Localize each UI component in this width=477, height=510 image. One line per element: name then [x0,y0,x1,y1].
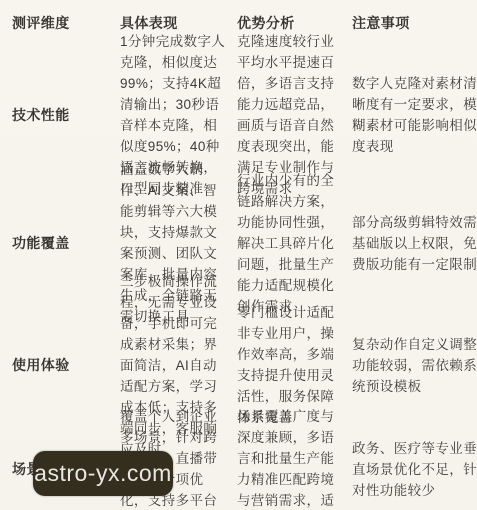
watermark-text: astro-yx.com [34,460,172,487]
cell-scene-adaptation-caution: 政务、医疗等专业垂直场景优化不足，针对性功能较少 [352,428,477,510]
row-label-feature-coverage: 功能覆盖 [12,184,120,302]
comparison-table: 测评维度 具体表现 优势分析 注意事项 技术性能 1分钟完成数字人克隆，相似度达… [0,0,477,510]
cell-feature-coverage-advantage: 行业内少有的全链路解决方案，功能协同性强，解决工具碎片化问题，批量生产能力适配规… [237,184,352,302]
row-label-technical-performance: 技术性能 [12,46,120,184]
row-label-user-experience: 使用体验 [12,302,120,428]
cell-technical-performance-caution: 数字人克隆对素材清晰度有一定要求，模糊素材可能影响相似度表现 [352,46,477,184]
cell-scene-adaptation-advantage: 场景覆盖广度与深度兼顾，多语言和批量生产能力精准匹配跨境与营销需求，适配性表现均… [237,428,352,510]
cell-technical-performance-advantage: 克隆速度较行业平均水平提速百倍，多语言支持能力远超竞品，画质与语音自然度表现突出… [237,46,352,184]
watermark-badge: astro-yx.com [33,451,173,496]
cell-user-experience-caution: 复杂动作自定义调整功能较弱，需依赖系统预设模板 [352,302,477,428]
column-header-dimension: 测评维度 [12,0,120,46]
column-header-caution: 注意事项 [352,0,477,46]
evaluation-table-page: 测评维度 具体表现 优势分析 注意事项 技术性能 1分钟完成数字人克隆，相似度达… [0,0,477,510]
cell-feature-coverage-caution: 部分高级剪辑特效需基础版以上权限，免费版功能有一定限制 [352,184,477,302]
